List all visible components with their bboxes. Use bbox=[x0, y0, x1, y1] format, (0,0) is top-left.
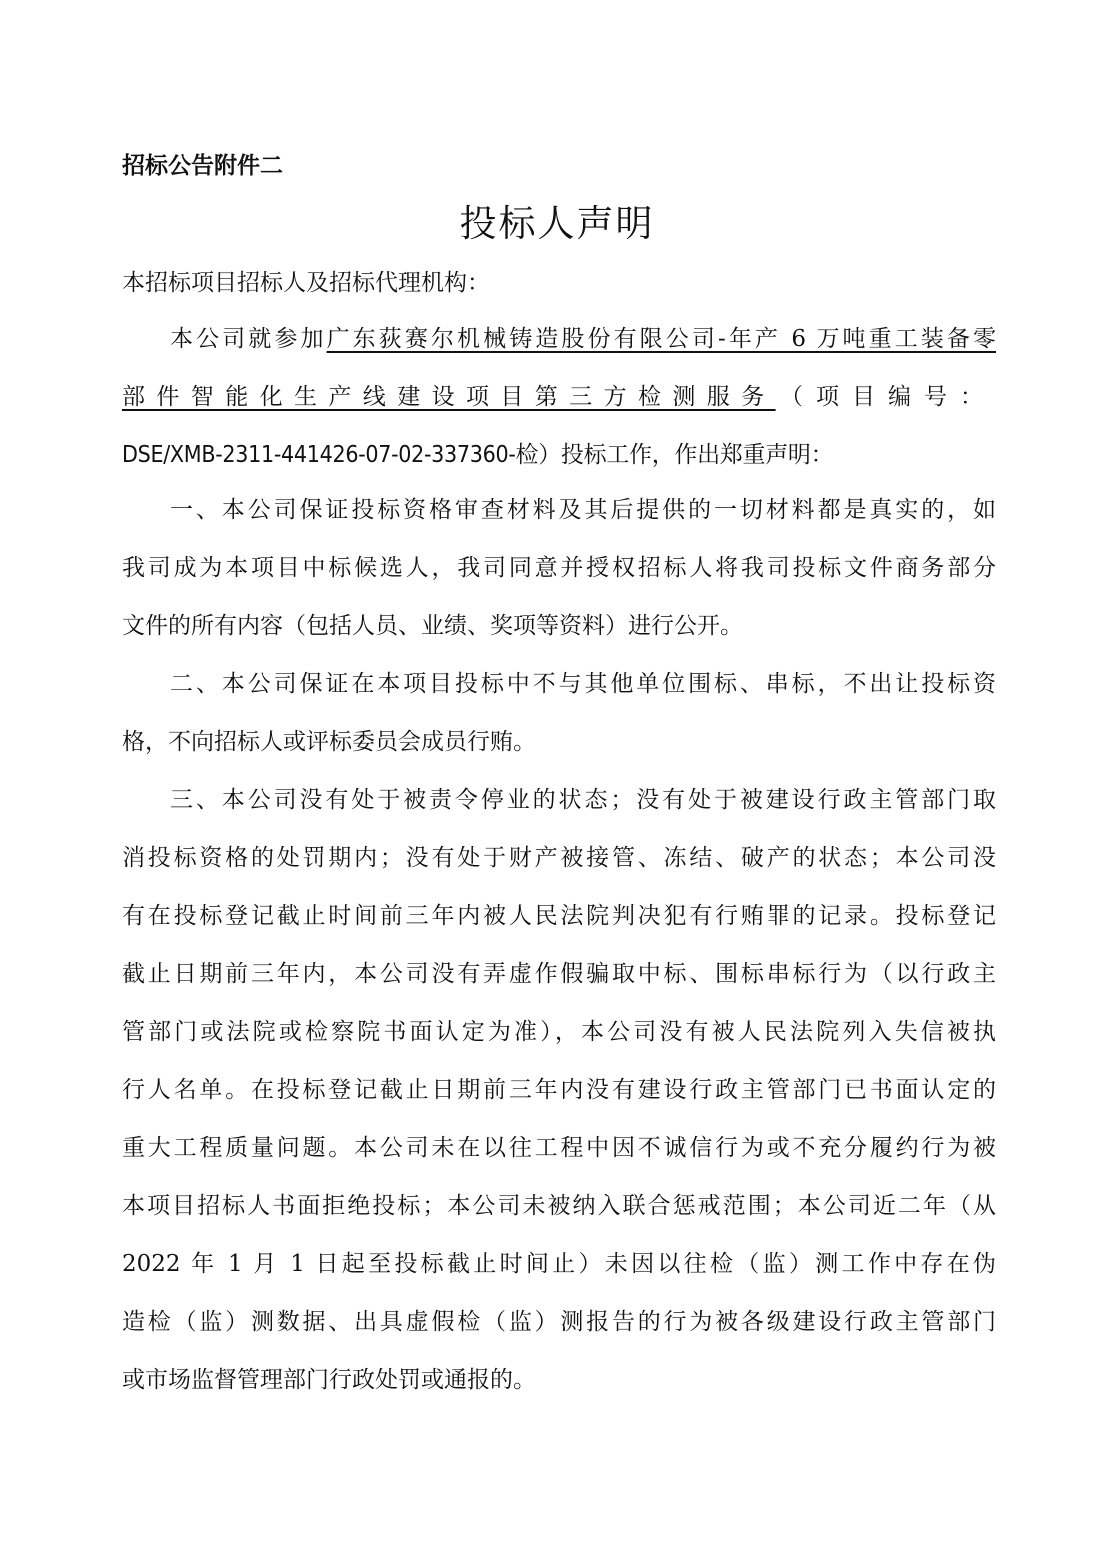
clause3-line: 截止日期前三年内，本公司没有弄虚作假骗取中标、围标串标行为（以行政主 bbox=[122, 959, 996, 989]
clause3-line: 2022 年 1 月 1 日起至投标截止时间止）未因以往检（监）测工作中存在伪 bbox=[122, 1249, 996, 1279]
intro-line-1: 本公司就参加广东荻赛尔机械铸造股份有限公司-年产 6 万吨重工装备零 bbox=[122, 324, 996, 354]
addressee-line: 本招标项目招标人及招标代理机构： bbox=[122, 268, 996, 298]
clause3-line: 三、本公司没有处于被责令停业的状态；没有处于被建设行政主管部门取 bbox=[122, 785, 996, 815]
attachment-label: 招标公告附件二 bbox=[122, 147, 283, 180]
intro-prefix: 本公司就参加 bbox=[170, 326, 327, 352]
clause2-line-1: 二、本公司保证在本项目投标中不与其他单位围标、串标，不出让投标资 bbox=[122, 669, 996, 699]
clause3-line: 重大工程质量问题。本公司未在以往工程中因不诚信行为或不充分履约行为被 bbox=[122, 1133, 996, 1163]
intro-line-2: 部件智能化生产线建设项目第三方检测服务 （项目编号： bbox=[122, 382, 996, 412]
document-page: 招标公告附件二 投标人声明 本招标项目招标人及招标代理机构： 本公司就参加广东荻… bbox=[0, 0, 1102, 1559]
page-title: 投标人声明 bbox=[0, 193, 1102, 247]
clause1-line-2: 我司成为本项目中标候选人，我司同意并授权招标人将我司投标文件商务部分 bbox=[122, 553, 996, 583]
clause1-line-3: 文件的所有内容（包括人员、业绩、奖项等资料）进行公开。 bbox=[122, 611, 996, 641]
intro-line-3: DSE/XMB-2311-441426-07-02-337360-检）投标工作，… bbox=[122, 440, 996, 470]
project-name-part-1: 广东荻赛尔机械铸造股份有限公司-年产 6 万吨重工装备零 bbox=[327, 326, 996, 352]
project-name-part-2: 部件智能化生产线建设项目第三方检测服务 bbox=[122, 382, 776, 412]
clause3-line: 有在投标登记截止时间前三年内被人民法院判决犯有行贿罪的记录。投标登记 bbox=[122, 901, 996, 931]
clause3-line: 或市场监督管理部门行政处罚或通报的。 bbox=[122, 1365, 996, 1395]
clause3-line: 造检（监）测数据、出具虚假检（监）测报告的行为被各级建设行政主管部门 bbox=[122, 1307, 996, 1337]
clause3-line: 行人名单。在投标登记截止日期前三年内没有建设行政主管部门已书面认定的 bbox=[122, 1075, 996, 1105]
clause1-line-1: 一、本公司保证投标资格审查材料及其后提供的一切材料都是真实的，如 bbox=[122, 495, 996, 525]
clause3-line: 消投标资格的处罚期内；没有处于财产被接管、冻结、破产的状态；本公司没 bbox=[122, 843, 996, 873]
project-number-label: （项目编号： bbox=[780, 382, 996, 412]
clause2-line-2: 格，不向招标人或评标委员会成员行贿。 bbox=[122, 727, 996, 757]
clause3-line: 本项目招标人书面拒绝投标；本公司未被纳入联合惩戒范围；本公司近二年（从 bbox=[122, 1191, 996, 1221]
clause3-line: 管部门或法院或检察院书面认定为准），本公司没有被人民法院列入失信被执 bbox=[122, 1017, 996, 1047]
